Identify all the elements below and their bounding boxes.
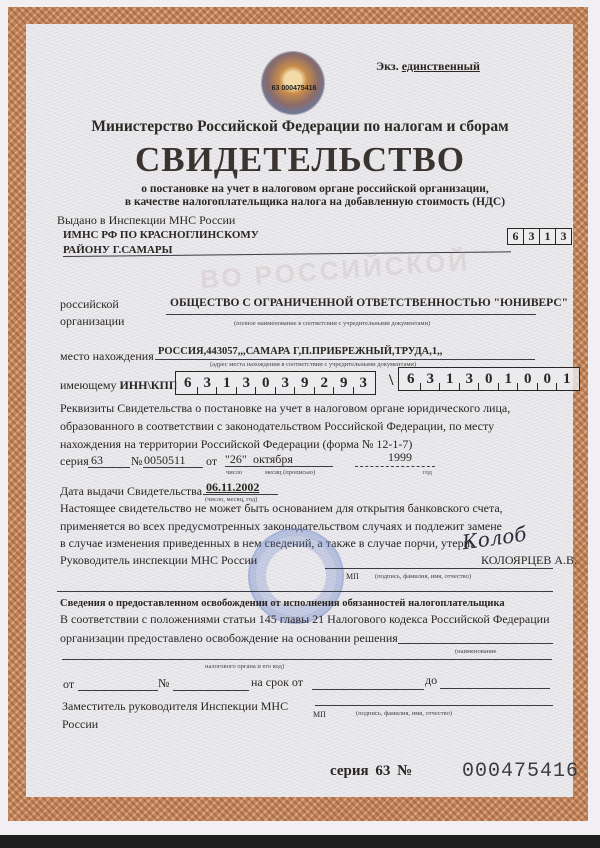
head-name: КОЛОЯРЦЕВ А.В. xyxy=(481,553,577,568)
subtitle-line1: о постановке на учет в налоговом органе … xyxy=(0,183,600,195)
org-label-line2: организации xyxy=(60,314,124,329)
requisites-line1: Реквизиты Свидетельства о постановке на … xyxy=(60,401,510,416)
location-hint: (адрес места нахождения в соответствии с… xyxy=(210,361,416,368)
kpp-digit-6: 0 xyxy=(518,371,538,388)
exemption-hint1: (наименование xyxy=(455,648,496,655)
inn-kpp-caption: ИНН\КПП xyxy=(119,378,178,392)
head-mp: МП xyxy=(346,572,359,581)
authority-code: 6313 xyxy=(508,228,572,245)
kpp-digit-7: 0 xyxy=(538,371,558,388)
org-name: ОБЩЕСТВО С ОГРАНИЧЕННОЙ ОТВЕТСТВЕННОСТЬЮ… xyxy=(170,297,568,309)
requisites-line2: образованного в соответствии с законодат… xyxy=(60,419,494,434)
official-stamp-icon xyxy=(248,528,344,624)
exemption-line1: В соответствии с положениями статьи 145 … xyxy=(60,612,550,627)
footer-series-label: серия 63 № xyxy=(330,763,412,780)
location-label: место нахождения xyxy=(60,349,154,364)
inn-digit-0: 6 xyxy=(178,375,198,392)
day-hint: число xyxy=(226,469,242,476)
year-hint: год xyxy=(423,469,432,476)
exemption-from-label: от xyxy=(63,677,74,692)
inn-digit-3: 3 xyxy=(237,375,257,392)
authority-code-digit-1: 3 xyxy=(523,228,540,245)
inn-field: 6313039293 xyxy=(175,371,376,395)
inn-digit-4: 0 xyxy=(256,375,276,392)
authority-line1: ИМНС РФ ПО КРАСНОГЛИНСКОМУ xyxy=(63,229,259,241)
issue-date-value: 06.11.2002 xyxy=(206,480,259,495)
kpp-digit-4: 0 xyxy=(479,371,499,388)
subtitle-line2: в качестве налогоплательщика налога на д… xyxy=(0,196,600,208)
hologram-number: 63 000475416 xyxy=(266,85,322,92)
inn-digit-9: 3 xyxy=(354,375,374,392)
copy-label-text: Экз. xyxy=(376,59,399,73)
location-value: РОССИЯ,443057,,,САМАРА Г,П.ПРИБРЕЖНЫЙ,ТР… xyxy=(158,346,442,357)
inn-digit-2: 1 xyxy=(217,375,237,392)
authority-code-digit-3: 3 xyxy=(555,228,572,245)
authority-code-digit-2: 1 xyxy=(539,228,556,245)
inn-digit-1: 3 xyxy=(198,375,218,392)
series-value: 63 xyxy=(91,453,103,468)
series-label: серия xyxy=(60,454,89,469)
inn-digit-6: 9 xyxy=(295,375,315,392)
month-value: октября xyxy=(253,452,293,467)
kpp-digit-3: 3 xyxy=(460,371,480,388)
kpp-field: 631301001 xyxy=(398,367,580,391)
kpp-digit-0: 6 xyxy=(401,371,421,388)
copy-value: единственный xyxy=(402,59,480,73)
exemption-term-label: на срок от xyxy=(251,675,303,690)
document-sheet: 63 000475416 Экз. единственный Министерс… xyxy=(0,0,600,835)
number-value: 0050511 xyxy=(144,453,186,468)
authority-code-digit-0: 6 xyxy=(507,228,524,245)
month-hint: месяц (прописью) xyxy=(265,469,315,476)
deputy-sign-hint: (подпись, фамилия, имя, отчество) xyxy=(356,710,452,717)
deputy-mp: МП xyxy=(313,710,326,719)
inn-kpp-separator: \ xyxy=(389,372,393,390)
hologram-seal-icon xyxy=(262,52,324,114)
inn-digit-5: 3 xyxy=(276,375,296,392)
kpp-digit-8: 1 xyxy=(557,371,577,388)
kpp-digit-1: 3 xyxy=(421,371,441,388)
inn-kpp-label: имеющему ИНН\КПП xyxy=(60,378,178,393)
org-name-hint: (полное наименование в соответсвии с учр… xyxy=(234,320,430,327)
head-label: Руководитель инспекции МНС России xyxy=(60,553,257,568)
exemption-number-label: № xyxy=(158,676,169,691)
from-label: от xyxy=(206,454,217,469)
inn-digit-8: 9 xyxy=(334,375,354,392)
exemption-line2: организации предоставлено освобождение н… xyxy=(60,631,398,646)
inn-prefix: имеющему xyxy=(60,378,116,392)
number-label: № xyxy=(131,454,142,469)
kpp-digit-2: 1 xyxy=(440,371,460,388)
exemption-hint2: налогового органа и его код) xyxy=(205,663,284,670)
notice-line1: Настоящее свидетельство не может быть ос… xyxy=(60,501,503,516)
requisites-line3: нахождения на территории Российской Феде… xyxy=(60,437,412,452)
inn-digit-7: 2 xyxy=(315,375,335,392)
deputy-label-line1: Заместитель руководителя Инспекции МНС xyxy=(62,699,288,714)
page-title: СВИДЕТЕЛЬСТВО xyxy=(0,140,600,180)
kpp-digit-5: 1 xyxy=(499,371,519,388)
head-sign-hint: (подпись, фамилия, имя, отчество) xyxy=(375,573,471,580)
exemption-until-label: до xyxy=(425,673,437,688)
day-value: "26" xyxy=(225,452,247,467)
copy-label: Экз. единственный xyxy=(376,59,480,74)
issued-label: Выдано в Инспекции МНС России xyxy=(57,213,235,228)
exemption-title: Сведения о предоставленном освобождении … xyxy=(60,598,505,609)
issue-date-label: Дата выдачи Свидетельства xyxy=(60,484,202,499)
footer-serial-number: 000475416 xyxy=(462,760,579,783)
deputy-label-line2: России xyxy=(62,717,98,732)
ministry-heading: Министерство Российской Федерации по нал… xyxy=(0,118,600,136)
year-value: 1999 xyxy=(388,450,412,465)
org-label-line1: российской xyxy=(60,297,119,312)
